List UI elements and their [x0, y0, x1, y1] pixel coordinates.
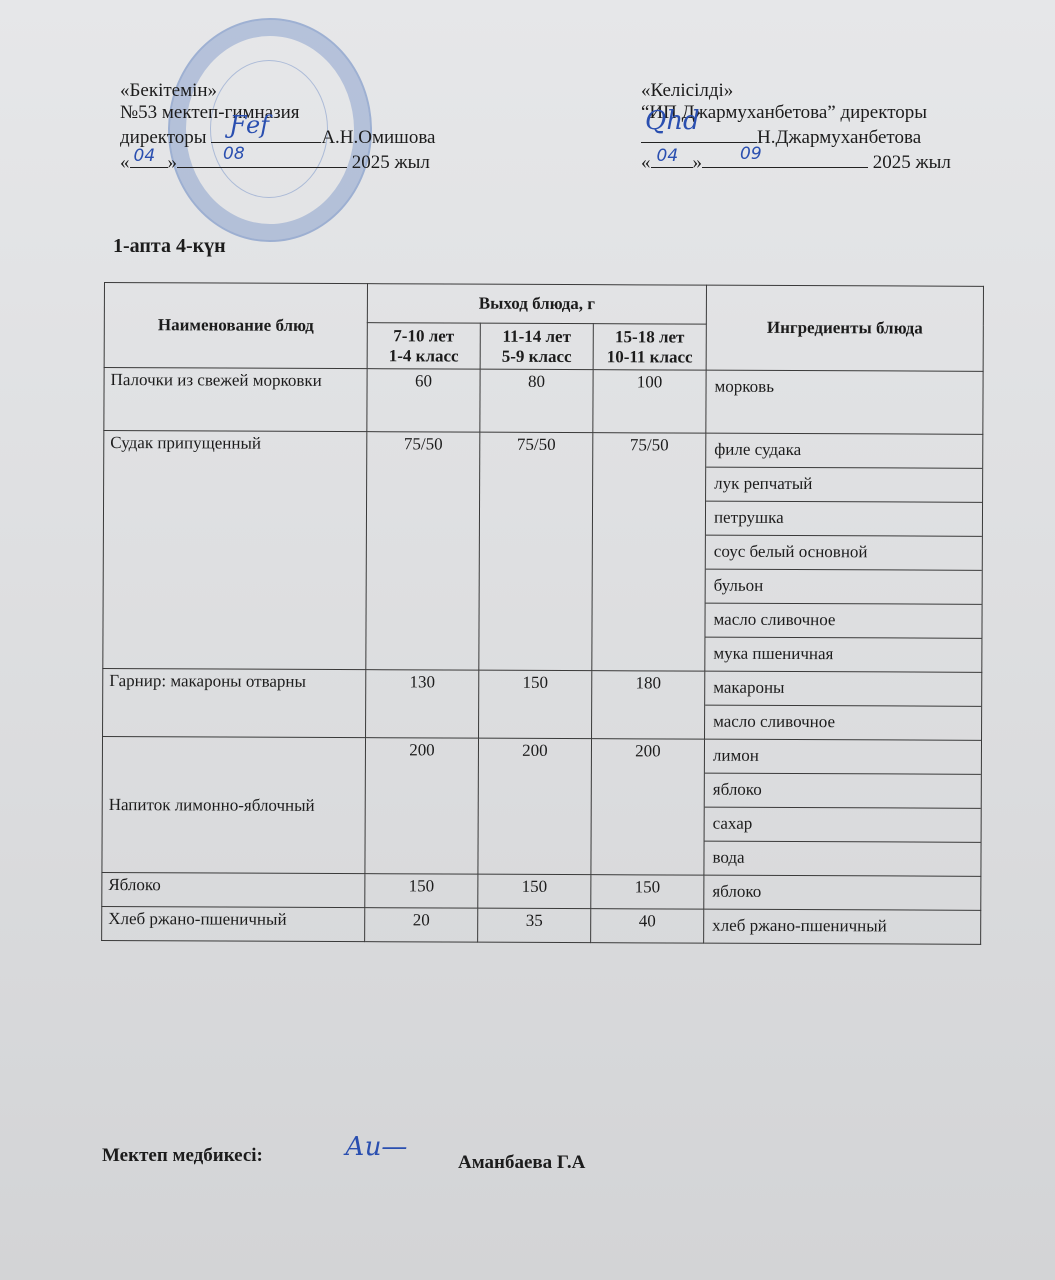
- ingredient-item: макароны: [705, 672, 981, 707]
- portion-value: 75/50: [592, 433, 706, 671]
- approval-title: «Бекітемін»: [120, 80, 435, 102]
- portion-value: 75/50: [366, 432, 480, 670]
- ingredient-item: морковь: [706, 371, 982, 434]
- ingredient-item: масло сливочное: [705, 706, 981, 740]
- ingredients-cell: хлеб ржано-пшеничный: [704, 909, 981, 944]
- ingredient-item: петрушка: [706, 502, 982, 537]
- portion-value: 80: [480, 369, 593, 432]
- ingredient-item: мука пшеничная: [705, 638, 981, 672]
- portion-value: 60: [367, 369, 480, 432]
- day-value: 04: [134, 145, 156, 167]
- day-field: 04: [130, 149, 168, 168]
- signature-line: Ƒef: [211, 124, 321, 143]
- table-row: Хлеб ржано-пшеничный203540хлеб ржано-пше…: [102, 906, 981, 944]
- dish-name: Судак припущенный: [103, 431, 367, 670]
- portion-value: 200: [478, 738, 592, 874]
- ingredient-item: соус белый основной: [706, 536, 982, 571]
- approval-block-left: «Бекітемін» №53 мектеп-гимназия директор…: [120, 80, 435, 174]
- ingredients-cell: лимоняблокосахарвода: [704, 739, 982, 876]
- grade-range: 10-11 класс: [607, 347, 693, 366]
- day-value: 04: [657, 145, 679, 167]
- portion-value: 200: [591, 739, 705, 875]
- approval-title: «Келісілді»: [641, 80, 951, 102]
- header-output: Выход блюда, г: [367, 284, 706, 324]
- director-signature: Qhd: [645, 110, 700, 132]
- ingredients-cell: морковь: [706, 370, 983, 434]
- year-text: 2025 жыл: [873, 152, 951, 173]
- portion-value: 150: [365, 874, 478, 908]
- table-row: Яблоко150150150яблоко: [102, 872, 981, 910]
- ingredients-cell: яблоко: [704, 875, 981, 910]
- nurse-label: Мектеп медбикесі:: [102, 1145, 263, 1167]
- dish-name: Хлеб ржано-пшеничный: [102, 906, 365, 941]
- ingredient-item: лимон: [705, 740, 981, 775]
- portion-value: 200: [365, 738, 479, 874]
- grade-range: 1-4 класс: [389, 346, 459, 365]
- header-age-group: 7-10 лет1-4 класс: [367, 323, 480, 369]
- ingredient-item: масло сливочное: [705, 604, 981, 639]
- menu-table: Наименование блюд Выход блюда, г Ингреди…: [101, 282, 984, 945]
- ingredients-cell: макаронымасло сливочное: [705, 671, 982, 740]
- header-age-group: 11-14 лет5-9 класс: [480, 323, 593, 369]
- approval-org: №53 мектеп-гимназия: [120, 102, 435, 124]
- portion-value: 20: [365, 908, 478, 942]
- dish-name: Напиток лимонно-яблочный: [102, 736, 366, 873]
- dish-name: Палочки из свежей морковки: [104, 368, 367, 432]
- month-field: 08: [177, 149, 347, 168]
- dish-name: Гарнир: макароны отварны: [103, 668, 366, 737]
- age-range: 15-18 лет: [615, 327, 684, 346]
- ingredient-item: яблоко: [704, 876, 980, 910]
- ingredient-item: вода: [704, 842, 980, 876]
- ingredient-item: лук репчатый: [706, 468, 982, 503]
- ingredients-cell: филе судакалук репчатыйпетрушкасоус белы…: [705, 433, 983, 672]
- year-text: 2025 жыл: [352, 152, 430, 173]
- table-row: Палочки из свежей морковки6080100морковь: [104, 368, 983, 435]
- age-range: 7-10 лет: [393, 326, 454, 345]
- portion-value: 35: [478, 908, 591, 942]
- director-signature: Ƒef: [229, 114, 269, 136]
- portion-value: 75/50: [479, 432, 593, 670]
- nurse-signature: Аu—: [345, 1132, 407, 1162]
- month-value: 09: [740, 143, 762, 165]
- portion-value: 180: [592, 671, 705, 739]
- header-ingredients: Ингредиенты блюда: [706, 285, 983, 371]
- ingredient-item: филе судака: [706, 434, 982, 469]
- table-row: Напиток лимонно-яблочный200200200лимоняб…: [102, 736, 982, 876]
- day-field: 04: [651, 149, 693, 168]
- ingredient-item: бульон: [706, 570, 982, 605]
- ingredient-item: яблоко: [705, 774, 981, 809]
- grade-range: 5-9 класс: [502, 346, 572, 365]
- ingredient-item: хлеб ржано-пшеничный: [704, 910, 980, 944]
- portion-value: 150: [591, 875, 704, 909]
- portion-value: 150: [479, 670, 592, 738]
- header-dish-name: Наименование блюд: [104, 283, 367, 369]
- approval-name: А.Н.Омишова: [321, 127, 435, 148]
- approval-name: Н.Джармуханбетова: [757, 127, 921, 148]
- age-range: 11-14 лет: [503, 326, 572, 345]
- week-day-title: 1-апта 4-күн: [113, 235, 226, 258]
- nurse-name: Аманбаева Г.А: [458, 1152, 585, 1174]
- header-age-group: 15-18 лет10-11 класс: [593, 324, 706, 370]
- signature-line: Qhd: [641, 124, 757, 143]
- table-row: Судак припущенный75/5075/5075/50филе суд…: [103, 431, 983, 673]
- table-row: Гарнир: макароны отварны130150180макарон…: [103, 668, 982, 740]
- portion-value: 40: [591, 909, 704, 943]
- ingredient-item: сахар: [705, 808, 981, 843]
- approval-block-right: «Келісілді» “ИП Джармуханбетова” директо…: [641, 80, 951, 174]
- dish-name: Яблоко: [102, 872, 365, 907]
- month-field: 09: [702, 149, 868, 168]
- portion-value: 100: [593, 370, 706, 433]
- portion-value: 130: [366, 670, 479, 738]
- month-value: 08: [223, 143, 245, 165]
- portion-value: 150: [478, 874, 591, 908]
